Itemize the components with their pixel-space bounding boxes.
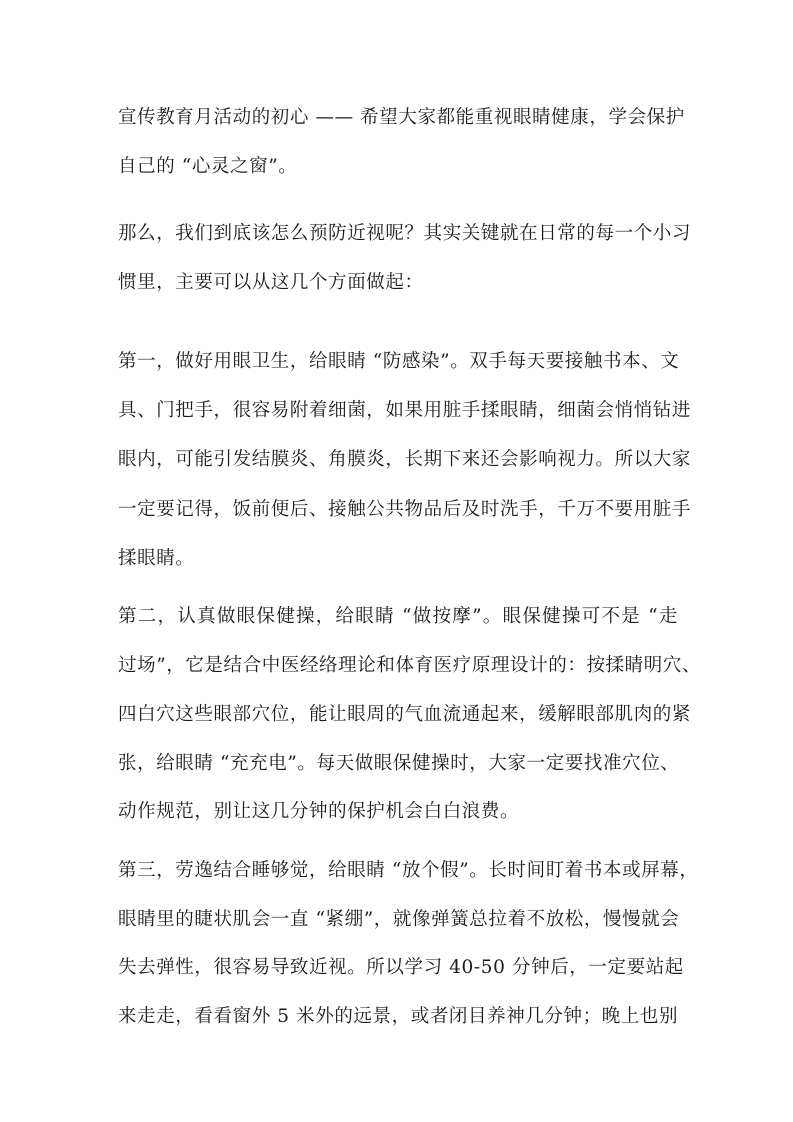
text-line: 眼睛里的睫状肌会一直 “紧绷”，就像弹簧总拉着不放松，慢慢就会 xyxy=(118,906,678,934)
text-line: 失去弹性，很容易导致近视。所以学习 40-50 分钟后，一定要站起 xyxy=(118,954,678,982)
text-line: 过场”，它是结合中医经络理论和体育医疗原理设计的：按揉睛明穴、 xyxy=(118,652,678,680)
text-line: 眼内，可能引发结膜炎、角膜炎，长期下来还会影响视力。所以大家 xyxy=(118,446,678,474)
text-line: 那么，我们到底该怎么预防近视呢？其实关键就在日常的每一个小习 xyxy=(118,220,678,248)
document-page: 宣传教育月活动的初心 —— 希望大家都能重视眼睛健康，学会保护 自己的 “心灵之… xyxy=(0,0,793,1122)
text-line: 宣传教育月活动的初心 —— 希望大家都能重视眼睛健康，学会保护 xyxy=(118,104,678,132)
text-line: 揉眼睛。 xyxy=(118,545,678,573)
text-line: 自己的 “心灵之窗”。 xyxy=(118,153,678,181)
text-line: 张，给眼睛 “充充电”。每天做眼保健操时，大家一定要找准穴位、 xyxy=(118,750,678,778)
text-line: 来走走，看看窗外 5 米外的远景，或者闭目养神几分钟；晚上也别 xyxy=(118,1003,678,1031)
text-line: 惯里，主要可以从这几个方面做起： xyxy=(118,269,678,297)
text-line: 动作规范，别让这几分钟的保护机会白白浪费。 xyxy=(118,798,678,826)
text-line: 一定要记得，饭前便后、接触公共物品后及时洗手，千万不要用脏手 xyxy=(118,496,678,524)
text-line: 具、门把手，很容易附着细菌，如果用脏手揉眼睛，细菌会悄悄钻进 xyxy=(118,397,678,425)
text-line: 第三，劳逸结合睡够觉，给眼睛 “放个假”。长时间盯着书本或屏幕， xyxy=(118,857,678,885)
text-line: 第一，做好用眼卫生，给眼睛 “防感染”。双手每天要接触书本、文 xyxy=(118,348,678,376)
text-line: 第二，认真做眼保健操，给眼睛 “做按摩”。眼保健操可不是 “走 xyxy=(118,603,678,631)
text-line: 四白穴这些眼部穴位，能让眼周的气血流通起来，缓解眼部肌肉的紧 xyxy=(118,701,678,729)
